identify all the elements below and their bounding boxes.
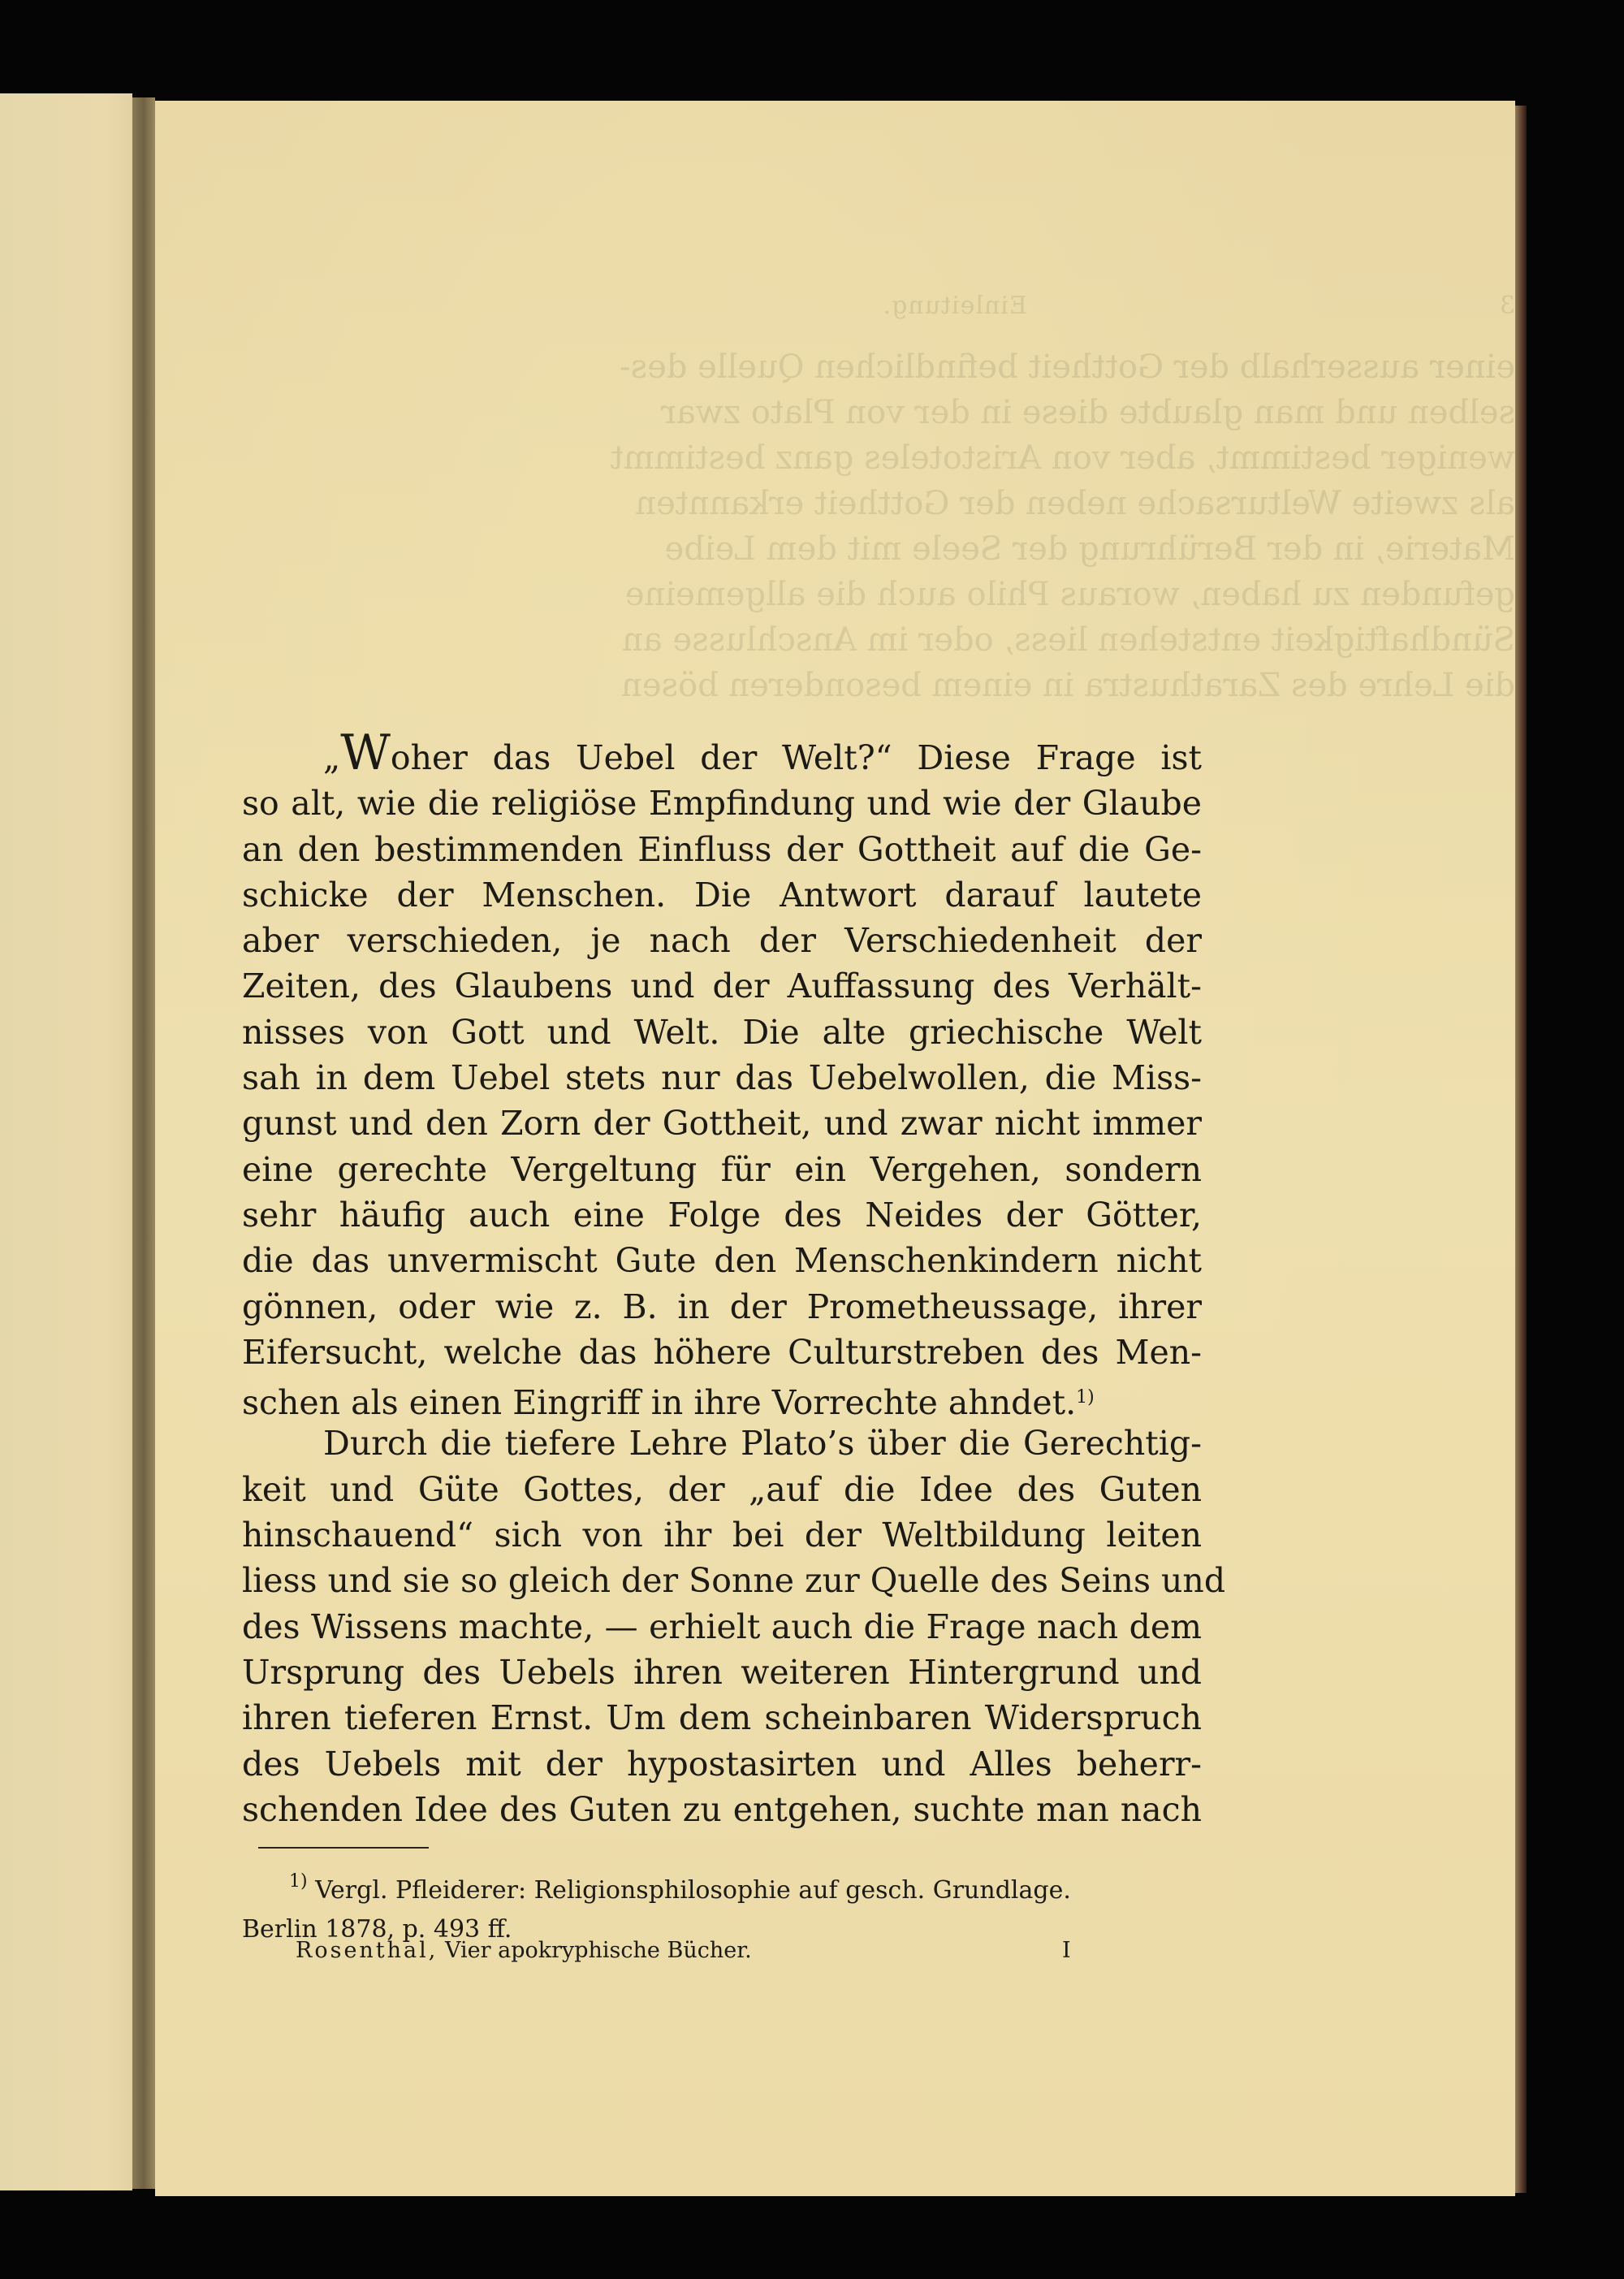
facing-page-edge [0,93,132,2190]
text-line: des Uebels mit der hypostasirten und All… [242,1741,1202,1787]
paragraph-1: „Woher das Uebel der Welt?“ Diese Frage … [242,735,1202,1421]
text-line: aber verschieden, je nach der Verschiede… [242,918,1202,963]
bleed-through-line: die Lehre des Zarathustra in einem beson… [243,667,1515,704]
book-gutter [132,97,155,2189]
initial-letter: W [340,724,391,781]
sheet-number: I [1062,1938,1071,1963]
bleed-through-line: Materie, in der Berührung der Seele mit … [243,530,1515,568]
text-line: Eifersucht, welche das höhere Culturstre… [242,1330,1202,1375]
text-line: hinschauend“ sich von ihr bei der Weltbi… [242,1512,1202,1558]
text-line: ihren tieferen Ernst. Um dem scheinbaren… [242,1695,1202,1741]
printer-signature: Rosenthal, Vier apokryphische Bücher. I [296,1938,1108,1963]
signature-author: Rosenthal, [296,1938,438,1963]
text-line: schen als einen Eingriff in ihre Vorrech… [242,1375,1202,1421]
bleed-through-line: gefunden zu haben, woraus Philo auch die… [243,576,1515,613]
text-line: die das unvermischt Gute den Menschenkin… [242,1238,1202,1283]
body-text: „Woher das Uebel der Welt?“ Diese Frage … [242,735,1202,1832]
text-line: so alt, wie die religiöse Empfindung und… [242,781,1202,826]
text-line: gunst und den Zorn der Gottheit, und zwa… [242,1101,1202,1146]
page-fore-edge [1515,106,1527,2193]
bleed-through-line: als zweite Weltursache neben der Gotthei… [243,485,1515,522]
text-line: sah in dem Uebel stets nur das Uebelwoll… [242,1055,1202,1101]
opening-quote: „ [323,738,340,777]
text-line: schenden Idee des Guten zu entgehen, suc… [242,1787,1202,1832]
text-line: nisses von Gott und Welt. Die alte griec… [242,1010,1202,1055]
text-line: an den bestimmenden Einfluss der Gotthei… [242,827,1202,872]
text-line: Zeiten, des Glaubens und der Auffassung … [242,963,1202,1009]
bleed-through-line: Sündhaftigkeit entstehen liess, oder im … [243,621,1515,659]
text-line: gönnen, oder wie z. B. in der Prometheus… [242,1284,1202,1330]
footnote-marker: 1) [289,1871,308,1892]
footnote: 1) Vergl. Pfleiderer: Religionsphilosoph… [242,1862,1202,1949]
bleed-through-header: 3 Einleitung. [537,292,1515,320]
text-line: des Wissens machte, — erhielt auch die F… [242,1604,1202,1650]
signature-title: Vier apokryphische Bücher. [445,1938,752,1963]
text-line: eine gerechte Vergeltung für ein Vergehe… [242,1147,1202,1192]
text-line: keit und Güte Gottes, der „auf die Idee … [242,1467,1202,1512]
text-line: schicke der Menschen. Die Antwort darauf… [242,872,1202,918]
footnote-separator [258,1847,429,1849]
text-line: Ursprung des Uebels ihren weiteren Hinte… [242,1650,1202,1695]
bleed-through-line: selben und man glaubte diese in der von … [243,394,1515,431]
text-line: Durch die tiefere Lehre Plato’s über die… [242,1421,1202,1466]
paragraph-2: Durch die tiefere Lehre Plato’s über die… [242,1421,1202,1832]
footnote-line: 1) Vergl. Pfleiderer: Religionsphilosoph… [242,1862,1202,1910]
footnote-reference[interactable]: 1) [1076,1387,1095,1408]
bleed-through-line: weniger bestimmt, aber von Aristoteles g… [243,439,1515,477]
text-line: liess und sie so gleich der Sonne zur Qu… [242,1558,1202,1603]
text-line: sehr häufig auch eine Folge des Neides d… [242,1192,1202,1238]
bleed-through-line: einer ausserhalb der Gottheit befindlich… [243,348,1515,386]
text-line: „Woher das Uebel der Welt?“ Diese Frage … [242,735,1202,781]
